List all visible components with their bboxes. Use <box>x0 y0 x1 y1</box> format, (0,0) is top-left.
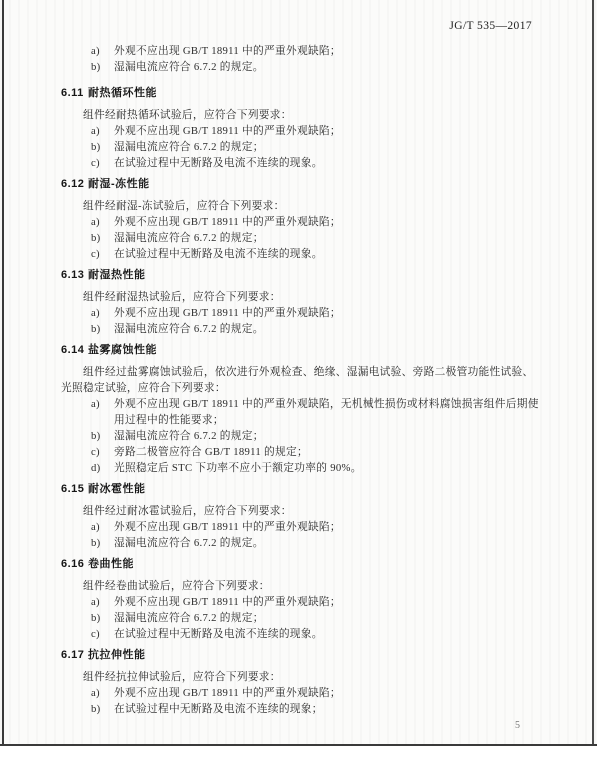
section-list-item: a)外观不应出现 GB/T 18911 中的严重外观缺陷； <box>91 519 541 535</box>
list-item-text: 外观不应出现 GB/T 18911 中的严重外观缺陷； <box>114 123 541 139</box>
section-paragraph: 组件经耐湿-冻试验后，应符合下列要求： <box>61 198 541 214</box>
list-item-text: 光照稳定后 STC 下功率不应小于额定功率的 90%。 <box>114 460 541 476</box>
section-list-item: a)外观不应出现 GB/T 18911 中的严重外观缺陷； <box>91 594 541 610</box>
list-item-marker: b) <box>91 535 114 551</box>
section-title: 耐湿-冻性能 <box>88 178 150 190</box>
section-list-item: b)湿漏电流应符合 6.7.2 的规定。 <box>91 321 541 337</box>
section-list-item: d)光照稳定后 STC 下功率不应小于额定功率的 90%。 <box>91 460 541 476</box>
section-paragraph: 组件经耐湿热试验后，应符合下列要求： <box>61 289 541 305</box>
list-item-text: 外观不应出现 GB/T 18911 中的严重外观缺陷； <box>114 519 541 535</box>
section-paragraph: 组件经抗拉伸试验后，应符合下列要求： <box>61 669 541 685</box>
scan-left-edge-line <box>2 0 4 746</box>
standard-number-header: JG/T 535—2017 <box>449 20 532 32</box>
section-list-item: a)外观不应出现 GB/T 18911 中的严重外观缺陷，无机械性损伤或材料腐蚀… <box>91 396 541 428</box>
list-item-marker: c) <box>91 626 114 642</box>
list-item-marker: b) <box>91 321 114 337</box>
section-list-item: b)在试验过程中无断路及电流不连续的现象； <box>91 701 541 717</box>
section-heading: 6.15耐冰雹性能 <box>61 481 541 497</box>
list-item-text: 湿漏电流应符合 6.7.2 的规定； <box>114 139 541 155</box>
section-list-item: b)湿漏电流应符合 6.7.2 的规定； <box>91 139 541 155</box>
list-item-text: 外观不应出现 GB/T 18911 中的严重外观缺陷； <box>114 594 541 610</box>
list-item-marker: b) <box>91 230 114 246</box>
list-item-marker: b) <box>91 139 114 155</box>
list-item-text: 外观不应出现 GB/T 18911 中的严重外观缺陷； <box>114 305 541 321</box>
list-item-text: 湿漏电流应符合 6.7.2 的规定； <box>114 610 541 626</box>
section-list-item: a)外观不应出现 GB/T 18911 中的严重外观缺陷； <box>91 685 541 701</box>
list-item-marker: c) <box>91 444 114 460</box>
section-list-item: b)湿漏电流应符合 6.7.2 的规定； <box>91 428 541 444</box>
list-item-marker: c) <box>91 155 114 171</box>
section-list-item: a)外观不应出现 GB/T 18911 中的严重外观缺陷； <box>91 214 541 230</box>
section-number: 6.14 <box>61 342 88 358</box>
section-list-item: a)外观不应出现 GB/T 18911 中的严重外观缺陷； <box>91 123 541 139</box>
section-list-item: a)外观不应出现 GB/T 18911 中的严重外观缺陷； <box>91 305 541 321</box>
list-item-marker: b) <box>91 428 114 444</box>
list-item-text: 在试验过程中无断路及电流不连续的现象。 <box>114 246 541 262</box>
list-item-marker: b) <box>91 701 114 717</box>
section-number: 6.13 <box>61 267 88 283</box>
section-list-item: b)湿漏电流应符合 6.7.2 的规定； <box>91 230 541 246</box>
list-item-marker: b) <box>91 610 114 626</box>
section-number: 6.17 <box>61 647 88 663</box>
list-item-text: 在试验过程中无断路及电流不连续的现象。 <box>114 626 541 642</box>
list-item-text: 湿漏电流应符合 6.7.2 的规定。 <box>114 535 541 551</box>
section-paragraph: 组件经过耐冰雹试验后，应符合下列要求： <box>61 503 541 519</box>
list-item-marker: a) <box>91 43 114 59</box>
list-item-marker: a) <box>91 123 114 139</box>
intro-list-item: a)外观不应出现 GB/T 18911 中的严重外观缺陷； <box>91 43 541 59</box>
section-number: 6.15 <box>61 481 88 497</box>
section-title: 盐雾腐蚀性能 <box>88 344 157 356</box>
list-item-text: 湿漏电流应符合 6.7.2 的规定。 <box>114 321 541 337</box>
list-item-marker: b) <box>91 59 114 75</box>
list-item-text: 外观不应出现 GB/T 18911 中的严重外观缺陷； <box>114 685 541 701</box>
list-item-text: 外观不应出现 GB/T 18911 中的严重外观缺陷； <box>114 43 541 59</box>
list-item-marker: a) <box>91 214 114 230</box>
section-list-item: c)旁路二极管应符合 GB/T 18911 的规定； <box>91 444 541 460</box>
section-list-item: c)在试验过程中无断路及电流不连续的现象。 <box>91 246 541 262</box>
list-item-marker: d) <box>91 460 114 476</box>
list-item-text: 在试验过程中无断路及电流不连续的现象。 <box>114 155 541 171</box>
section-heading: 6.11耐热循环性能 <box>61 85 541 101</box>
section-list-item: b)湿漏电流应符合 6.7.2 的规定。 <box>91 535 541 551</box>
list-item-text: 湿漏电流应符合 6.7.2 的规定。 <box>114 59 541 75</box>
section-heading: 6.17抗拉伸性能 <box>61 647 541 663</box>
section-title: 耐热循环性能 <box>88 87 157 99</box>
section-paragraph: 组件经耐热循环试验后，应符合下列要求： <box>61 107 541 123</box>
list-item-marker: a) <box>91 305 114 321</box>
section-list-item: c)在试验过程中无断路及电流不连续的现象。 <box>91 626 541 642</box>
list-item-text: 湿漏电流应符合 6.7.2 的规定； <box>114 230 541 246</box>
section-list-item: b)湿漏电流应符合 6.7.2 的规定； <box>91 610 541 626</box>
document-content: a)外观不应出现 GB/T 18911 中的严重外观缺陷；b)湿漏电流应符合 6… <box>61 43 541 717</box>
page-number: 5 <box>515 720 520 731</box>
intro-list-item: b)湿漏电流应符合 6.7.2 的规定。 <box>91 59 541 75</box>
section-paragraph: 组件经卷曲试验后，应符合下列要求： <box>61 578 541 594</box>
section-number: 6.12 <box>61 176 88 192</box>
intro-list: a)外观不应出现 GB/T 18911 中的严重外观缺陷；b)湿漏电流应符合 6… <box>61 43 541 75</box>
section-title: 卷曲性能 <box>88 558 134 570</box>
section-title: 抗拉伸性能 <box>88 649 146 661</box>
scan-bottom-edge-line <box>0 744 597 746</box>
scanned-document-page: JG/T 535—2017 a)外观不应出现 GB/T 18911 中的严重外观… <box>0 0 597 758</box>
list-item-marker: a) <box>91 519 114 535</box>
list-item-text: 湿漏电流应符合 6.7.2 的规定； <box>114 428 541 444</box>
section-title: 耐湿热性能 <box>88 269 146 281</box>
section-number: 6.16 <box>61 556 88 572</box>
section-paragraph: 组件经过盐雾腐蚀试验后，依次进行外观检查、绝缘、湿漏电试验、旁路二极管功能性试验… <box>61 364 541 396</box>
section-title: 耐冰雹性能 <box>88 483 146 495</box>
list-item-text: 在试验过程中无断路及电流不连续的现象； <box>114 701 541 717</box>
section-heading: 6.12耐湿-冻性能 <box>61 176 541 192</box>
list-item-text: 外观不应出现 GB/T 18911 中的严重外观缺陷； <box>114 214 541 230</box>
list-item-marker: a) <box>91 396 114 428</box>
section-heading: 6.14盐雾腐蚀性能 <box>61 342 541 358</box>
section-number: 6.11 <box>61 85 88 101</box>
section-list-item: c)在试验过程中无断路及电流不连续的现象。 <box>91 155 541 171</box>
list-item-text: 旁路二极管应符合 GB/T 18911 的规定； <box>114 444 541 460</box>
list-item-marker: c) <box>91 246 114 262</box>
scan-right-edge-line <box>592 0 594 746</box>
section-heading: 6.16卷曲性能 <box>61 556 541 572</box>
section-heading: 6.13耐湿热性能 <box>61 267 541 283</box>
list-item-text: 外观不应出现 GB/T 18911 中的严重外观缺陷，无机械性损伤或材料腐蚀损害… <box>114 396 541 428</box>
list-item-marker: a) <box>91 685 114 701</box>
list-item-marker: a) <box>91 594 114 610</box>
